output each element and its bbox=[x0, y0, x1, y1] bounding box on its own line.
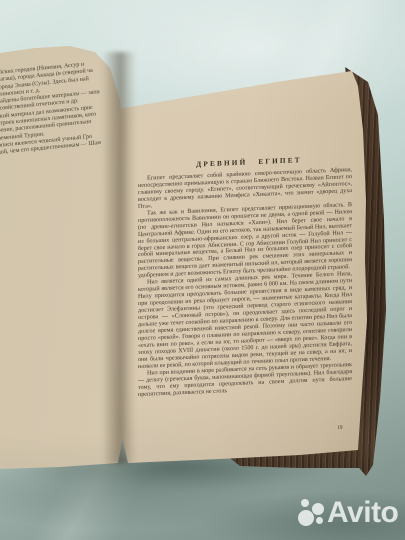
paragraph: Так же как и Вавилония, Египет представл… bbox=[138, 202, 352, 281]
book-photo: ейских городов (Ниневия, Ассур и Лагаш),… bbox=[0, 0, 405, 540]
avito-logo-icon bbox=[292, 496, 326, 532]
avito-logo-circle bbox=[301, 499, 309, 507]
paragraph: Нил является одной из самых длинных рек … bbox=[138, 271, 352, 370]
avito-logo-circle bbox=[298, 510, 314, 526]
page-number: 19 bbox=[337, 425, 343, 431]
avito-wordmark: Avito bbox=[327, 495, 398, 531]
avito-logo-circle bbox=[316, 517, 323, 524]
right-page-text: ДРЕВНИЙ ЕГИПЕТ Египет представляет собой… bbox=[138, 154, 352, 398]
avito-watermark: Avito bbox=[292, 496, 402, 536]
avito-logo-circle bbox=[312, 503, 324, 515]
